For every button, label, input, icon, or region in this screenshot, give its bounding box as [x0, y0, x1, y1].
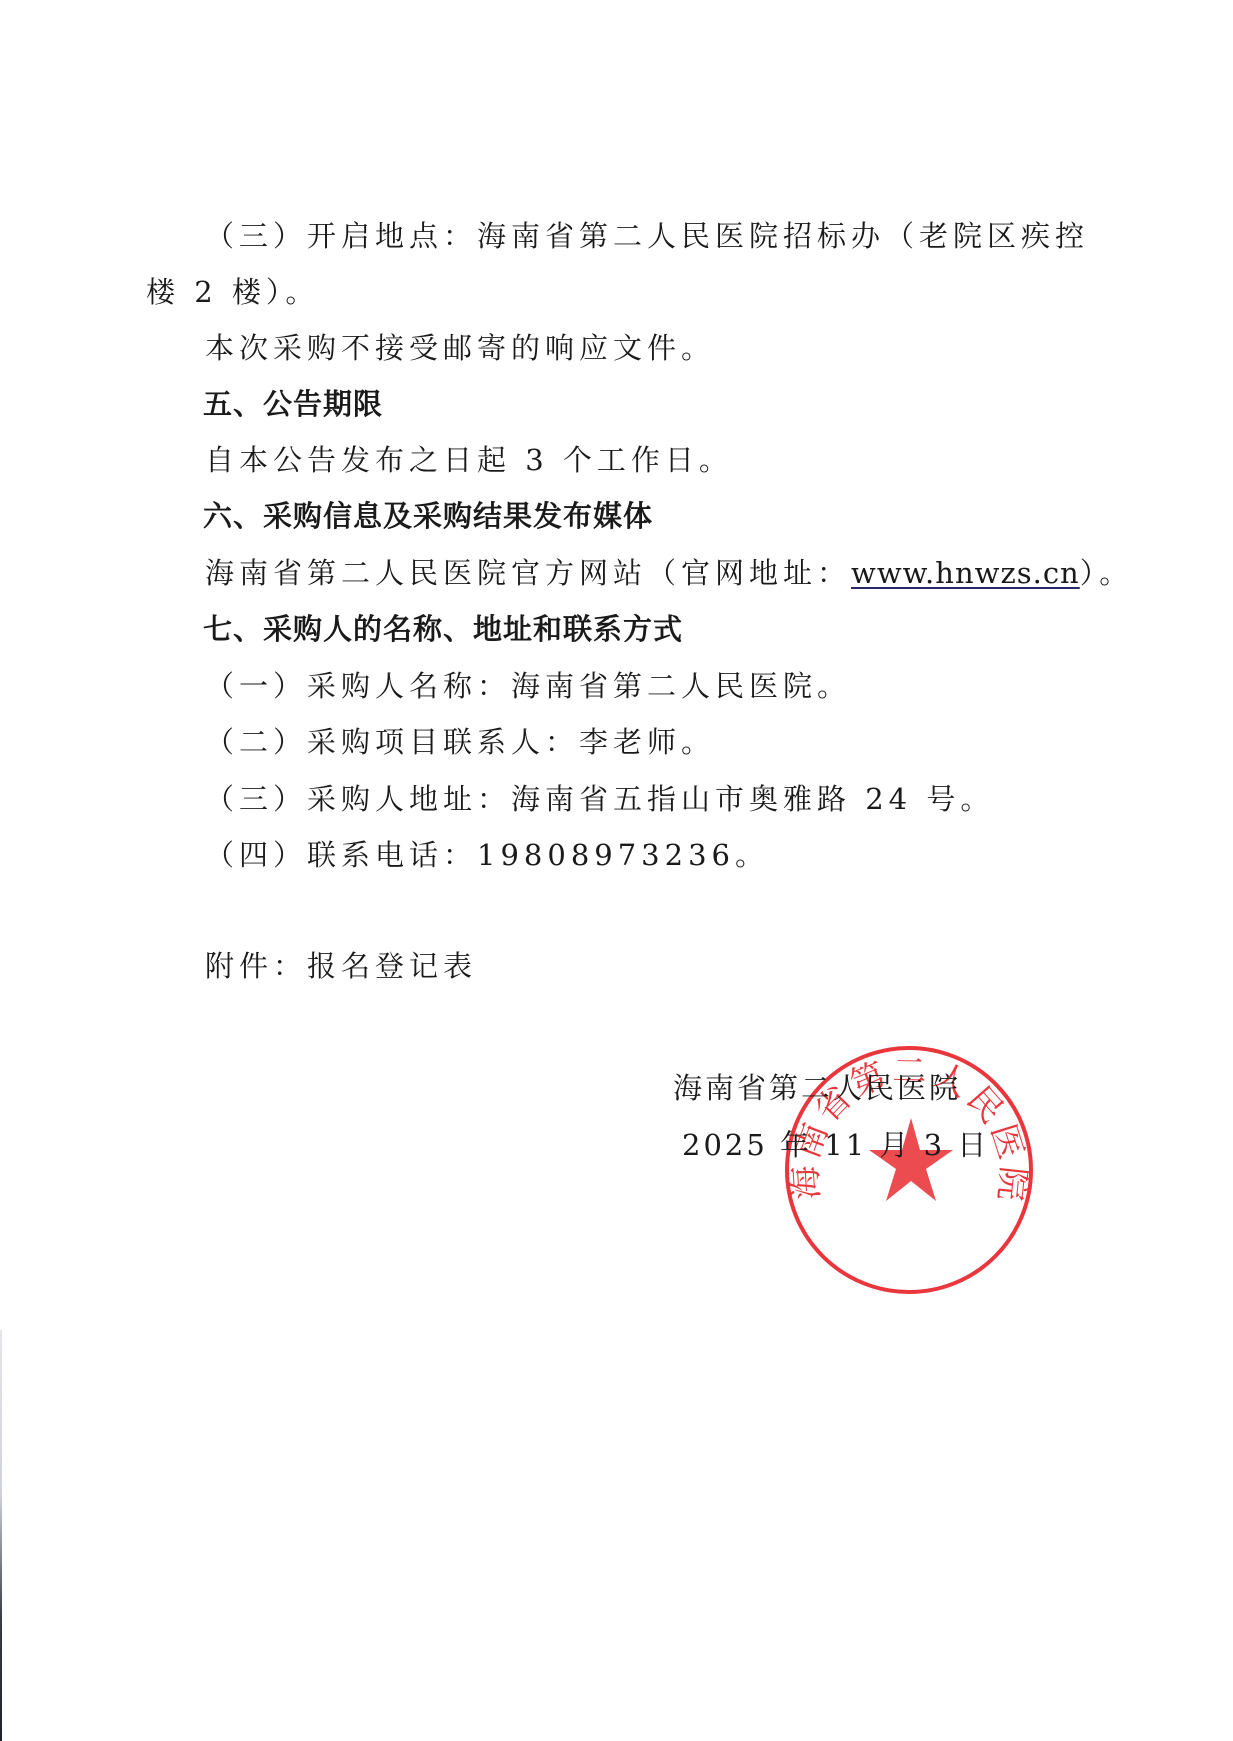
item-value: 19808973236。 [477, 838, 769, 872]
no-mail-notice: 本次采购不接受邮寄的响应文件。 [205, 330, 715, 366]
purchaser-name-item: （一）采购人名称：海南省第二人民医院。 [205, 668, 851, 704]
signature-date: 2025 年 11 月 3 日 [682, 1127, 989, 1163]
website-link[interactable]: www.hnwzs.cn [851, 556, 1080, 590]
item-value: 海南省第二人民医院。 [511, 669, 851, 703]
section6-body-suffix: ）。 [1080, 556, 1134, 590]
attachment-line: 附件：报名登记表 [205, 948, 477, 984]
phone-item: （四）联系电话：19808973236。 [205, 837, 769, 873]
item-value: 李老师。 [579, 725, 715, 759]
section5-body: 自本公告发布之日起 3 个工作日。 [205, 442, 733, 478]
section6-heading: 六、采购信息及采购结果发布媒体 [203, 498, 653, 534]
opening-location-line1: （三）开启地点：海南省第二人民医院招标办（老院区疾控 [205, 218, 1089, 254]
item-label: （四）联系电话： [205, 838, 477, 872]
section6-body-prefix: 海南省第二人民医院官方网站（官网地址： [205, 556, 851, 590]
item-label: （二）采购项目联系人： [205, 725, 579, 759]
contact-person-item: （二）采购项目联系人：李老师。 [205, 724, 715, 760]
opening-location-line2: 楼 2 楼）。 [146, 274, 319, 310]
purchaser-address-item: （三）采购人地址：海南省五指山市奥雅路 24 号。 [205, 781, 994, 817]
section5-heading: 五、公告期限 [203, 386, 383, 422]
item-label: （一）采购人名称： [205, 669, 511, 703]
item-label: （三）采购人地址： [205, 782, 511, 816]
section6-body: 海南省第二人民医院官方网站（官网地址：www.hnwzs.cn）。 [205, 555, 1133, 591]
attachment-label: 附件： [205, 949, 307, 983]
scan-edge [0, 1330, 2, 1741]
signature-organization: 海南省第二人民医院 [673, 1070, 961, 1106]
attachment-link[interactable]: 报名登记表 [307, 949, 477, 983]
section7-heading: 七、采购人的名称、地址和联系方式 [203, 611, 683, 647]
item-value: 海南省五指山市奥雅路 24 号。 [511, 782, 994, 816]
